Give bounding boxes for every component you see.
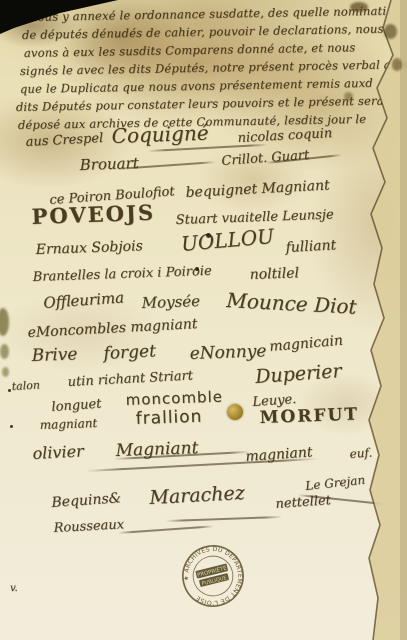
signature: forget [103,343,156,363]
signature: Ernaux Sobjois [36,239,143,257]
signature: euf. [349,446,372,460]
flourish-line [118,525,214,534]
signature: fulliant [285,238,336,255]
edge-speck [2,367,9,377]
signature: Offleurima [43,290,125,311]
signature: v. [10,584,18,594]
signature: Brantelles la croix i Poiroie [33,265,212,284]
signature: Marachez [149,484,245,508]
body-text-line: de députés dénudés de cahier, pouvoir le… [22,24,384,42]
signature: magniant [40,417,98,431]
ink-dot [195,267,199,271]
signature: Bequins& [51,491,122,510]
edge-speck [350,2,368,12]
body-text-line: que le Duplicata que nous avons présente… [20,78,373,96]
signature: Le Grejan [305,474,366,492]
signature: eMoncombles magniant [27,317,198,340]
flourish-line [166,516,282,522]
scan-edge-shade [400,0,407,640]
signature: olivier [32,443,84,462]
signature: frallion [135,409,202,428]
signature: Moysée [141,294,200,311]
edge-speck [384,24,397,39]
signature: eNonnye [189,343,266,363]
signature: Rousseaux [53,518,124,535]
signature: Brive [31,346,77,365]
body-text-line: avons à eux les susdits Comparens donné … [24,42,356,59]
signature: Mounce Diot [226,290,357,317]
signature: longuet [51,398,102,414]
body-text-line: dits Députés pour constater leurs pouvoi… [16,96,384,114]
signature: moncomble [125,390,223,408]
signature: UOLLOU [180,226,274,254]
scanned-manuscript-page: nous y annexé le ordonnance susdatte, de… [0,0,407,640]
body-text-line: signés le avec les dits Députés, notre p… [20,59,407,77]
wax-seal-dot [227,404,243,420]
signature: nicolas coquin [237,127,332,145]
signature: utin richant Striart [67,369,193,389]
signature: Duperier [255,362,342,387]
edge-speck [344,92,353,101]
signature: aus Crespel [25,132,103,149]
ink-dot [206,233,211,238]
stamp-ring-text: ★ ARCHIVES DU DÉPARTEMENT DE L'OISE [177,540,250,613]
signature: noltilel [250,266,300,282]
signature: Brouart [79,156,139,173]
ink-dot [8,389,11,392]
signature: magnicain [269,334,344,354]
signature: Coquigné [111,123,209,146]
archive-stamp: ★ ARCHIVES DU DÉPARTEMENT DE L'OISE PROP… [174,537,252,615]
signature: POVEOJS [31,202,155,227]
signature: MORFUT [259,407,359,427]
ink-dot [10,425,13,428]
body-text-line: nous y annexé le ordonnance susdatte, de… [30,6,387,24]
signature: talon [11,380,40,392]
edge-speck [0,344,9,359]
signature: Stuart vuaitelle Leunsje [176,208,334,227]
edge-speck [0,308,9,336]
signature: bequignet Magniant [185,178,330,200]
